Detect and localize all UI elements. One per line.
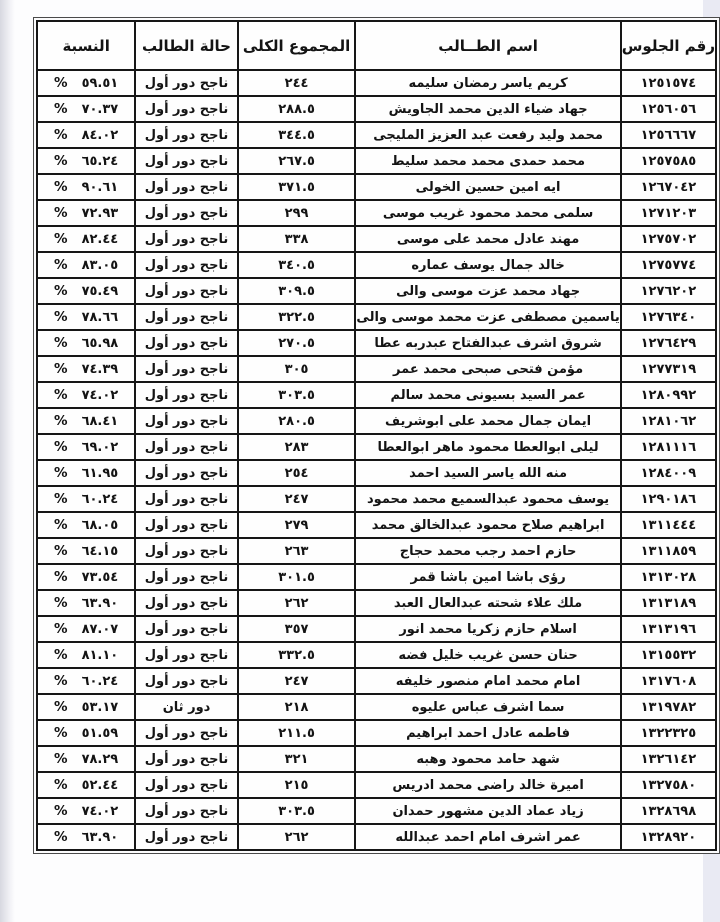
percentage-value: ٧٤.٠٢: [82, 804, 119, 819]
total-cell: ٣٧١.٥: [238, 174, 356, 200]
total-cell: ٢٥٤: [238, 460, 356, 486]
pct-cell: ٦٣.٩٠%: [37, 590, 135, 616]
percentage-value: ٧٥.٤٩: [82, 284, 119, 299]
total-cell: ٣٠٣.٥: [238, 798, 356, 824]
name-cell: رؤى باشا امين باشا قمر: [355, 564, 620, 590]
percent-sign: %: [54, 335, 68, 351]
pct-cell: ٧٤.٣٩%: [37, 356, 135, 382]
pct-cell: ٦١.٩٥%: [37, 460, 135, 486]
percent-sign: %: [54, 621, 68, 637]
table-row: ١٢٥١٥٧٤كريم ياسر رمضان سليمه٢٤٤ناجح دور …: [37, 70, 716, 96]
table-row: ١٢٧٦٤٢٩شروق اشرف عبدالفتاح عبدربه عطا٢٧٠…: [37, 330, 716, 356]
name-cell: خالد جمال يوسف عماره: [355, 252, 620, 278]
results-sheet: رقم الجلوس اسم الطــالب المجموع الكلى حا…: [33, 17, 720, 854]
name-cell: ايمان جمال محمد على ابوشريف: [355, 408, 620, 434]
name-cell: شروق اشرف عبدالفتاح عبدربه عطا: [355, 330, 620, 356]
header-row: رقم الجلوس اسم الطــالب المجموع الكلى حا…: [37, 21, 716, 70]
pct-cell: ٦٠.٢٤%: [37, 486, 135, 512]
name-cell: زياد عماد الدين مشهور حمدان: [355, 798, 620, 824]
total-cell: ٢٦٧.٥: [238, 148, 356, 174]
percent-sign: %: [54, 205, 68, 221]
percentage-value: ٧٨.٦٦: [82, 310, 119, 325]
seat-cell: ١٣١١٤٤٤: [621, 512, 716, 538]
pct-cell: ٩٠.٦١%: [37, 174, 135, 200]
name-cell: محمد حمدى محمد محمد سليط: [355, 148, 620, 174]
percentage-value: ٦٥.٩٨: [82, 336, 119, 351]
table-row: ١٢٧١٢٠٣سلمى محمد محمود غريب موسى٢٩٩ناجح …: [37, 200, 716, 226]
results-table-body: ١٢٥١٥٧٤كريم ياسر رمضان سليمه٢٤٤ناجح دور …: [37, 70, 716, 850]
table-row: ١٣١٣١٩٦اسلام حازم زكريا محمد انور٣٥٧ناجح…: [37, 616, 716, 642]
percentage-value: ٦٩.٠٢: [82, 440, 119, 455]
percentage-value: ٦٨.٠٥: [82, 518, 119, 533]
total-cell: ٢٨٨.٥: [238, 96, 356, 122]
percentage-value: ٧٣.٥٤: [82, 570, 119, 585]
seat-cell: ١٢٧٥٧٧٤: [621, 252, 716, 278]
pct-cell: ٧٣.٥٤%: [37, 564, 135, 590]
seat-cell: ١٢٥٦٠٥٦: [621, 96, 716, 122]
table-row: ١٣١٩٧٨٢سما اشرف عباس عليوه٢١٨دور ثان٥٣.١…: [37, 694, 716, 720]
total-cell: ٣٥٧: [238, 616, 356, 642]
percentage-value: ٨٤.٠٢: [82, 128, 119, 143]
pct-cell: ٧٤.٠٢%: [37, 382, 135, 408]
seat-cell: ١٣١٩٧٨٢: [621, 694, 716, 720]
pct-cell: ٦٨.٠٥%: [37, 512, 135, 538]
seat-cell: ١٢٨٠٩٩٢: [621, 382, 716, 408]
table-row: ١٢٨١٠٦٢ايمان جمال محمد على ابوشريف٢٨٠.٥ن…: [37, 408, 716, 434]
pct-cell: ٧٢.٩٣%: [37, 200, 135, 226]
status-cell: ناجح دور أول: [135, 122, 237, 148]
status-cell: ناجح دور أول: [135, 278, 237, 304]
table-row: ١٣١٥٥٣٢حنان حسن غريب خليل فضه٣٣٢.٥ناجح د…: [37, 642, 716, 668]
table-row: ١٢٥٧٥٨٥محمد حمدى محمد محمد سليط٢٦٧.٥ناجح…: [37, 148, 716, 174]
table-row: ١٢٥٦٦٦٧محمد وليد رفعت عبد العزيز المليجى…: [37, 122, 716, 148]
seat-cell: ١٢٥١٥٧٤: [621, 70, 716, 96]
total-cell: ٢٤٧: [238, 668, 356, 694]
total-cell: ٢٦٢: [238, 824, 356, 850]
pct-cell: ٧٠.٣٧%: [37, 96, 135, 122]
name-cell: سلمى محمد محمود غريب موسى: [355, 200, 620, 226]
col-header-seat-number: رقم الجلوس: [621, 21, 716, 70]
percent-sign: %: [54, 829, 68, 845]
percentage-value: ٨٣.٠٥: [82, 258, 119, 273]
seat-cell: ١٢٧٦٢٠٢: [621, 278, 716, 304]
table-row: ١٢٧٥٧٠٢مهند عادل محمد على موسى٣٣٨ناجح دو…: [37, 226, 716, 252]
percent-sign: %: [54, 699, 68, 715]
total-cell: ٢٧٩: [238, 512, 356, 538]
pct-cell: ٦٥.٩٨%: [37, 330, 135, 356]
percent-sign: %: [54, 595, 68, 611]
percent-sign: %: [54, 283, 68, 299]
table-row: ١٢٧٦٢٠٢جهاد محمد عزت موسى والى٣٠٩.٥ناجح …: [37, 278, 716, 304]
name-cell: حازم احمد رجب محمد حجاج: [355, 538, 620, 564]
percentage-value: ٦٣.٩٠: [82, 596, 119, 611]
col-header-student-name: اسم الطــالب: [355, 21, 620, 70]
name-cell: محمد وليد رفعت عبد العزيز المليجى: [355, 122, 620, 148]
percent-sign: %: [54, 75, 68, 91]
status-cell: ناجح دور أول: [135, 330, 237, 356]
percent-sign: %: [54, 491, 68, 507]
percentage-value: ٧٢.٩٣: [82, 206, 119, 221]
percentage-value: ٧٨.٢٩: [82, 752, 119, 767]
name-cell: شهد حامد محمود وهبه: [355, 746, 620, 772]
name-cell: فاطمه عادل احمد ابراهيم: [355, 720, 620, 746]
total-cell: ٣٢٢.٥: [238, 304, 356, 330]
status-cell: ناجح دور أول: [135, 174, 237, 200]
seat-cell: ١٢٧٦٤٢٩: [621, 330, 716, 356]
pct-cell: ٦٣.٩٠%: [37, 824, 135, 850]
total-cell: ٣٢١: [238, 746, 356, 772]
table-row: ١٢٩٠١٨٦يوسف محمود عبدالسميع محمد محمود٢٤…: [37, 486, 716, 512]
percentage-value: ٦١.٩٥: [82, 466, 119, 481]
pct-cell: ٦٠.٢٤%: [37, 668, 135, 694]
table-row: ١٣١١٤٤٤ابراهيم صلاح محمود عبدالخالق محمد…: [37, 512, 716, 538]
percentage-value: ٧٤.٠٢: [82, 388, 119, 403]
col-header-status: حالة الطالب: [135, 21, 237, 70]
table-row: ١٢٥٦٠٥٦جهاد ضياء الدين محمد الجاويش٢٨٨.٥…: [37, 96, 716, 122]
seat-cell: ١٣١٣١٩٦: [621, 616, 716, 642]
name-cell: حنان حسن غريب خليل فضه: [355, 642, 620, 668]
status-cell: ناجح دور أول: [135, 668, 237, 694]
status-cell: ناجح دور أول: [135, 564, 237, 590]
percent-sign: %: [54, 569, 68, 585]
status-cell: ناجح دور أول: [135, 720, 237, 746]
status-cell: ناجح دور أول: [135, 200, 237, 226]
results-table: رقم الجلوس اسم الطــالب المجموع الكلى حا…: [36, 20, 717, 851]
table-row: ١٣٢٨٦٩٨زياد عماد الدين مشهور حمدان٣٠٣.٥ن…: [37, 798, 716, 824]
percentage-value: ٦٨.٤١: [82, 414, 119, 429]
percentage-value: ٥١.٥٩: [82, 726, 119, 741]
pct-cell: ٨٤.٠٢%: [37, 122, 135, 148]
percent-sign: %: [54, 439, 68, 455]
status-cell: ناجح دور أول: [135, 252, 237, 278]
name-cell: اسلام حازم زكريا محمد انور: [355, 616, 620, 642]
percentage-value: ٦٠.٢٤: [82, 492, 119, 507]
name-cell: جهاد ضياء الدين محمد الجاويش: [355, 96, 620, 122]
percentage-value: ٨٢.٤٤: [82, 232, 119, 247]
seat-cell: ١٣٢٢٣٢٥: [621, 720, 716, 746]
table-row: ١٢٧٧٣١٩مؤمن فتحى صبحى محمد عمر٣٠٥ناجح دو…: [37, 356, 716, 382]
pct-cell: ٥١.٥٩%: [37, 720, 135, 746]
pct-cell: ٦٤.١٥%: [37, 538, 135, 564]
status-cell: ناجح دور أول: [135, 746, 237, 772]
pct-cell: ٦٩.٠٢%: [37, 434, 135, 460]
name-cell: ايه امين حسين الخولى: [355, 174, 620, 200]
seat-cell: ١٢٨١٠٦٢: [621, 408, 716, 434]
name-cell: امام محمد امام منصور خليفه: [355, 668, 620, 694]
name-cell: ياسمين مصطفى عزت محمد موسى والى: [355, 304, 620, 330]
total-cell: ٢٤٧: [238, 486, 356, 512]
status-cell: ناجح دور أول: [135, 460, 237, 486]
status-cell: ناجح دور أول: [135, 512, 237, 538]
pct-cell: ٧٨.٢٩%: [37, 746, 135, 772]
seat-cell: ١٣١٧٦٠٨: [621, 668, 716, 694]
percent-sign: %: [54, 127, 68, 143]
status-cell: ناجح دور أول: [135, 434, 237, 460]
table-row: ١٣٢٧٥٨٠اميرة خالد راضى محمد ادريس٢١٥ناجح…: [37, 772, 716, 798]
percentage-value: ٦٤.١٥: [82, 544, 119, 559]
seat-cell: ١٣١٣٠٢٨: [621, 564, 716, 590]
percent-sign: %: [54, 361, 68, 377]
percent-sign: %: [54, 309, 68, 325]
status-cell: ناجح دور أول: [135, 70, 237, 96]
percent-sign: %: [54, 751, 68, 767]
pct-cell: ٨٢.٤٤%: [37, 226, 135, 252]
name-cell: ملك علاء شحته عبدالعال العبد: [355, 590, 620, 616]
col-header-percentage: النسبة: [37, 21, 135, 70]
percent-sign: %: [54, 803, 68, 819]
name-cell: جهاد محمد عزت موسى والى: [355, 278, 620, 304]
pct-cell: ٦٥.٢٤%: [37, 148, 135, 174]
table-row: ١٢٨١١١٦ليلى ابوالعطا محمود ماهر ابوالعطا…: [37, 434, 716, 460]
total-cell: ٢٦٣: [238, 538, 356, 564]
pct-cell: ٨٧.٠٧%: [37, 616, 135, 642]
total-cell: ٢١١.٥: [238, 720, 356, 746]
percent-sign: %: [54, 413, 68, 429]
name-cell: ابراهيم صلاح محمود عبدالخالق محمد: [355, 512, 620, 538]
seat-cell: ١٢٧٦٣٤٠: [621, 304, 716, 330]
col-header-total-score: المجموع الكلى: [238, 21, 356, 70]
pct-cell: ٥٢.٤٤%: [37, 772, 135, 798]
seat-cell: ١٢٧٧٣١٩: [621, 356, 716, 382]
status-cell: ناجح دور أول: [135, 616, 237, 642]
percentage-value: ٧٤.٣٩: [82, 362, 119, 377]
name-cell: ليلى ابوالعطا محمود ماهر ابوالعطا: [355, 434, 620, 460]
status-cell: ناجح دور أول: [135, 304, 237, 330]
percent-sign: %: [54, 725, 68, 741]
seat-cell: ١٢٦٧٠٤٢: [621, 174, 716, 200]
table-row: ١٣١٣٠٢٨رؤى باشا امين باشا قمر٣٠١.٥ناجح د…: [37, 564, 716, 590]
seat-cell: ١٢٧١٢٠٣: [621, 200, 716, 226]
seat-cell: ١٣٢٦١٤٢: [621, 746, 716, 772]
status-cell: ناجح دور أول: [135, 824, 237, 850]
total-cell: ٢٨٠.٥: [238, 408, 356, 434]
percent-sign: %: [54, 231, 68, 247]
name-cell: يوسف محمود عبدالسميع محمد محمود: [355, 486, 620, 512]
status-cell: ناجح دور أول: [135, 538, 237, 564]
pct-cell: ٨٣.٠٥%: [37, 252, 135, 278]
status-cell: ناجح دور أول: [135, 772, 237, 798]
percent-sign: %: [54, 673, 68, 689]
pct-cell: ٧٤.٠٢%: [37, 798, 135, 824]
percentage-value: ٨٧.٠٧: [82, 622, 119, 637]
name-cell: مهند عادل محمد على موسى: [355, 226, 620, 252]
seat-cell: ١٣٢٨٦٩٨: [621, 798, 716, 824]
seat-cell: ١٢٧٥٧٠٢: [621, 226, 716, 252]
percentage-value: ٦٠.٢٤: [82, 674, 119, 689]
status-cell: ناجح دور أول: [135, 590, 237, 616]
scan-edge-left: [0, 0, 15, 922]
pct-cell: ٧٨.٦٦%: [37, 304, 135, 330]
percentage-value: ٥٩.٥١: [82, 76, 119, 91]
name-cell: عمر اشرف امام احمد عبدالله: [355, 824, 620, 850]
total-cell: ٣٠٩.٥: [238, 278, 356, 304]
status-cell: دور ثان: [135, 694, 237, 720]
status-cell: ناجح دور أول: [135, 642, 237, 668]
percent-sign: %: [54, 465, 68, 481]
table-row: ١٢٧٦٣٤٠ياسمين مصطفى عزت محمد موسى والى٣٢…: [37, 304, 716, 330]
total-cell: ٣٣٨: [238, 226, 356, 252]
pct-cell: ٦٨.٤١%: [37, 408, 135, 434]
percentage-value: ٦٥.٢٤: [82, 154, 119, 169]
name-cell: اميرة خالد راضى محمد ادريس: [355, 772, 620, 798]
total-cell: ٢٩٩: [238, 200, 356, 226]
total-cell: ٣٠٥: [238, 356, 356, 382]
total-cell: ٢١٨: [238, 694, 356, 720]
status-cell: ناجح دور أول: [135, 356, 237, 382]
name-cell: مؤمن فتحى صبحى محمد عمر: [355, 356, 620, 382]
total-cell: ٢١٥: [238, 772, 356, 798]
table-row: ١٣١١٨٥٩حازم احمد رجب محمد حجاج٢٦٣ناجح دو…: [37, 538, 716, 564]
table-row: ١٣١٣١٨٩ملك علاء شحته عبدالعال العبد٢٦٢نا…: [37, 590, 716, 616]
percent-sign: %: [54, 647, 68, 663]
percentage-value: ٦٣.٩٠: [82, 830, 119, 845]
pct-cell: ٥٩.٥١%: [37, 70, 135, 96]
pct-cell: ٧٥.٤٩%: [37, 278, 135, 304]
seat-cell: ١٢٨١١١٦: [621, 434, 716, 460]
total-cell: ٢٤٤: [238, 70, 356, 96]
status-cell: ناجح دور أول: [135, 798, 237, 824]
percentage-value: ٥٣.١٧: [82, 700, 119, 715]
status-cell: ناجح دور أول: [135, 96, 237, 122]
scanned-results-page: رقم الجلوس اسم الطــالب المجموع الكلى حا…: [0, 0, 720, 922]
table-row: ١٣٢٦١٤٢شهد حامد محمود وهبه٣٢١ناجح دور أو…: [37, 746, 716, 772]
percent-sign: %: [54, 101, 68, 117]
total-cell: ٣٠١.٥: [238, 564, 356, 590]
total-cell: ٢٧٠.٥: [238, 330, 356, 356]
seat-cell: ١٣١١٨٥٩: [621, 538, 716, 564]
total-cell: ٢٦٢: [238, 590, 356, 616]
total-cell: ٢٨٣: [238, 434, 356, 460]
seat-cell: ١٢٥٦٦٦٧: [621, 122, 716, 148]
percent-sign: %: [54, 543, 68, 559]
percent-sign: %: [54, 179, 68, 195]
percent-sign: %: [54, 517, 68, 533]
table-row: ١٢٨٤٠٠٩منه الله ياسر السيد احمد٢٥٤ناجح د…: [37, 460, 716, 486]
name-cell: منه الله ياسر السيد احمد: [355, 460, 620, 486]
percent-sign: %: [54, 777, 68, 793]
seat-cell: ١٢٨٤٠٠٩: [621, 460, 716, 486]
status-cell: ناجح دور أول: [135, 226, 237, 252]
total-cell: ٣٠٣.٥: [238, 382, 356, 408]
percentage-value: ٧٠.٣٧: [82, 102, 119, 117]
pct-cell: ٨١.١٠%: [37, 642, 135, 668]
table-row: ١٣٢٢٣٢٥فاطمه عادل احمد ابراهيم٢١١.٥ناجح …: [37, 720, 716, 746]
table-row: ١٢٦٧٠٤٢ايه امين حسين الخولى٣٧١.٥ناجح دور…: [37, 174, 716, 200]
percent-sign: %: [54, 257, 68, 273]
percentage-value: ٩٠.٦١: [82, 180, 119, 195]
table-row: ١٣٢٨٩٢٠عمر اشرف امام احمد عبدالله٢٦٢ناجح…: [37, 824, 716, 850]
status-cell: ناجح دور أول: [135, 382, 237, 408]
name-cell: عمر السيد بسيونى محمد سالم: [355, 382, 620, 408]
total-cell: ٣٤٤.٥: [238, 122, 356, 148]
percent-sign: %: [54, 153, 68, 169]
total-cell: ٣٤٠.٥: [238, 252, 356, 278]
total-cell: ٣٣٢.٥: [238, 642, 356, 668]
table-row: ١٣١٧٦٠٨امام محمد امام منصور خليفه٢٤٧ناجح…: [37, 668, 716, 694]
seat-cell: ١٢٥٧٥٨٥: [621, 148, 716, 174]
pct-cell: ٥٣.١٧%: [37, 694, 135, 720]
status-cell: ناجح دور أول: [135, 408, 237, 434]
percentage-value: ٥٢.٤٤: [82, 778, 119, 793]
table-row: ١٢٧٥٧٧٤خالد جمال يوسف عماره٣٤٠.٥ناجح دور…: [37, 252, 716, 278]
name-cell: سما اشرف عباس عليوه: [355, 694, 620, 720]
percent-sign: %: [54, 387, 68, 403]
seat-cell: ١٣١٣١٨٩: [621, 590, 716, 616]
seat-cell: ١٣٢٧٥٨٠: [621, 772, 716, 798]
name-cell: كريم ياسر رمضان سليمه: [355, 70, 620, 96]
seat-cell: ١٢٩٠١٨٦: [621, 486, 716, 512]
status-cell: ناجح دور أول: [135, 486, 237, 512]
table-row: ١٢٨٠٩٩٢عمر السيد بسيونى محمد سالم٣٠٣.٥نا…: [37, 382, 716, 408]
seat-cell: ١٣٢٨٩٢٠: [621, 824, 716, 850]
status-cell: ناجح دور أول: [135, 148, 237, 174]
seat-cell: ١٣١٥٥٣٢: [621, 642, 716, 668]
percentage-value: ٨١.١٠: [82, 648, 119, 663]
